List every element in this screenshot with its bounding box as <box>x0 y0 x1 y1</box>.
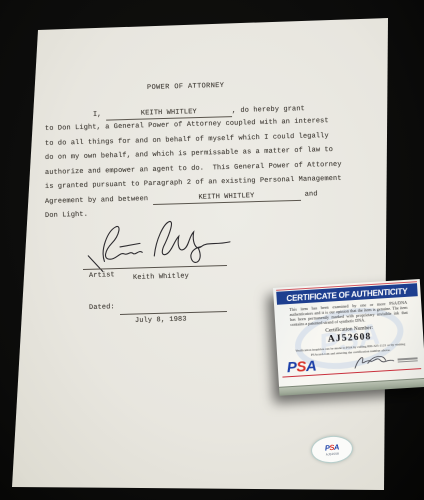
photo-scene: POWER OF ATTORNEY I, KEITH WHITLEY, do h… <box>0 0 424 500</box>
dated-label: Dated: <box>89 303 115 312</box>
artist-label: Artist <box>89 271 115 280</box>
opening-name: KEITH WHITLEY <box>141 108 197 118</box>
artist-signature <box>81 216 232 272</box>
authenticator-title-lines <box>398 358 418 363</box>
body-line: to Don Light, a General Power of Attorne… <box>45 117 329 133</box>
agreement-post: and <box>300 190 317 198</box>
body-line: authorize and empower an agent to do. Th… <box>45 161 342 177</box>
closing-line: Don Light. <box>45 211 88 220</box>
typed-artist-name: Keith Whitley <box>133 272 189 282</box>
date-rule <box>120 311 227 315</box>
date-value: July 8, 1983 <box>135 316 187 325</box>
body-line: do on my own behalf, and which is permis… <box>45 146 333 162</box>
document-title: POWER OF ATTORNEY <box>147 82 225 92</box>
body-line: to do all things for and on behalf of my… <box>45 132 329 148</box>
opening-post: , do hereby grant <box>232 105 305 115</box>
agreement-pre: Agreement by and between <box>45 195 153 206</box>
psa-oval-sticker: PSA AJ52608 <box>310 434 354 465</box>
certificate-face: PSA CERTIFICATE OF AUTHENTICITY This ite… <box>273 279 424 387</box>
agreement-name: KEITH WHITLEY <box>198 192 254 202</box>
document-paper: POWER OF ATTORNEY I, KEITH WHITLEY, do h… <box>0 0 424 500</box>
psa-certificate-card: PSA CERTIFICATE OF AUTHENTICITY This ite… <box>273 279 424 396</box>
sticker-cert-number: AJ52608 <box>326 451 340 456</box>
name-blank-2: KEITH WHITLEY <box>152 191 300 205</box>
psa-logo: PSA <box>286 358 316 375</box>
opening-pre: I, <box>93 111 106 119</box>
agreement-line: Agreement by and between KEITH WHITLEY a… <box>45 190 318 208</box>
name-blank-1: KEITH WHITLEY <box>106 107 232 121</box>
body-line: is granted pursuant to Paragraph 2 of an… <box>45 175 342 191</box>
